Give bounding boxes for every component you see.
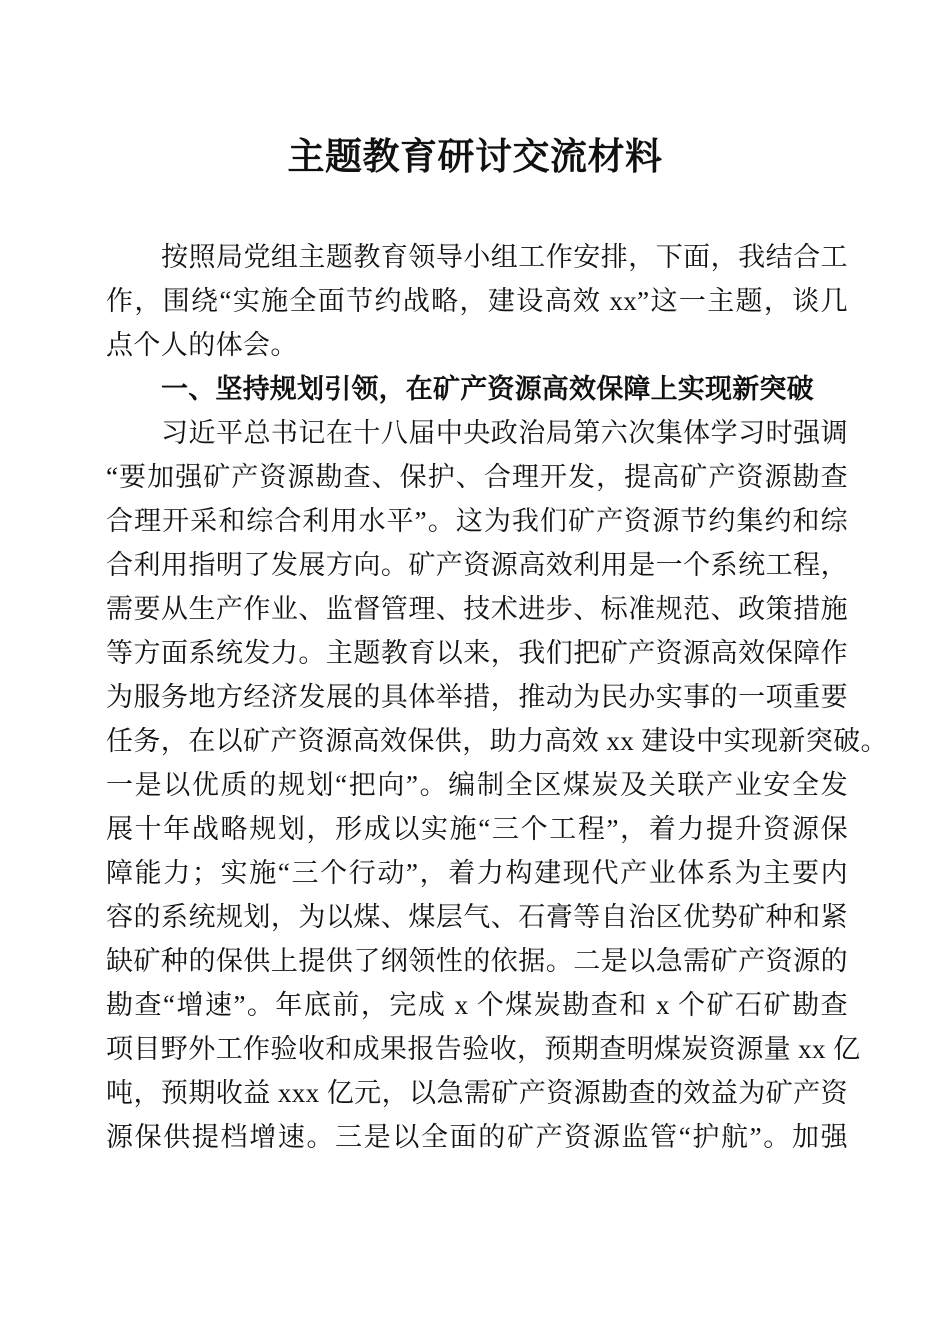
document-line: 项目野外工作验收和成果报告验收，预期查明煤炭资源量 xx 亿 [106, 1027, 848, 1071]
document-line: 习近平总书记在十八届中央政治局第六次集体学习时强调 [106, 411, 848, 455]
document-line: 吨，预期收益 xxx 亿元，以急需矿产资源勘查的效益为矿产资 [106, 1071, 848, 1115]
document-line: “要加强矿产资源勘查、保护、合理开发，提高矿产资源勘查 [106, 455, 848, 499]
document-line: 源保供提档增速。三是以全面的矿产资源监管“护航”。加强 [106, 1115, 848, 1159]
document-line: 容的系统规划，为以煤、煤层气、石膏等自治区优势矿种和紧 [106, 895, 848, 939]
document-line: 作，围绕“实施全面节约战略，建设高效 xx”这一主题，谈几 [106, 279, 848, 323]
document-page: 主题教育研讨交流材料 按照局党组主题教育领导小组工作安排，下面，我结合工 作，围… [0, 0, 950, 1344]
document-line: 为服务地方经济发展的具体举措，推动为民办实事的一项重要 [106, 675, 848, 719]
document-line: 展十年战略规划，形成以实施“三个工程”，着力提升资源保 [106, 807, 848, 851]
document-line: 合利用指明了发展方向。矿产资源高效利用是一个系统工程， [106, 543, 848, 587]
document-line: 合理开采和综合利用水平”。这为我们矿产资源节约集约和综 [106, 499, 848, 543]
document-line: 一是以优质的规划“把向”。编制全区煤炭及关联产业安全发 [106, 763, 848, 807]
document-line: 按照局党组主题教育领导小组工作安排，下面，我结合工 [106, 235, 848, 279]
document-line: 等方面系统发力。主题教育以来，我们把矿产资源高效保障作 [106, 631, 848, 675]
document-body: 按照局党组主题教育领导小组工作安排，下面，我结合工 作，围绕“实施全面节约战略，… [106, 235, 848, 1159]
document-line: 需要从生产作业、监督管理、技术进步、标准规范、政策措施 [106, 587, 848, 631]
document-line: 缺矿种的保供上提供了纲领性的依据。二是以急需矿产资源的 [106, 939, 848, 983]
document-line: 障能力；实施“三个行动”，着力构建现代产业体系为主要内 [106, 851, 848, 895]
document-line: 勘查“增速”。年底前，完成 x 个煤炭勘查和 x 个矿石矿勘查 [106, 983, 848, 1027]
document-line: 任务，在以矿产资源高效保供，助力高效 xx 建设中实现新突破。 [106, 719, 848, 763]
document-title: 主题教育研讨交流材料 [0, 136, 950, 180]
section-heading: 一、坚持规划引领，在矿产资源高效保障上实现新突破 [106, 367, 848, 411]
document-line: 点个人的体会。 [106, 323, 848, 367]
